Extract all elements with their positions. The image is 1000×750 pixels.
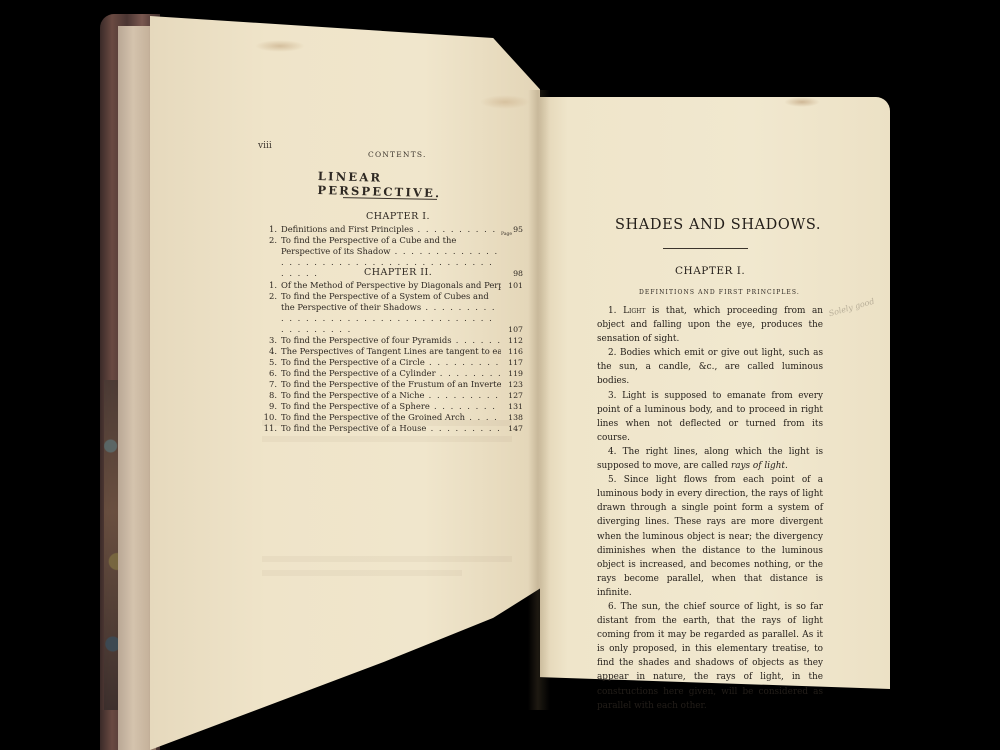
paragraph: 1. Light is that, which proceeding from …: [597, 304, 823, 346]
paragraph: 2. Bodies which emit or give out light, …: [597, 346, 823, 388]
book-gutter: [528, 90, 550, 710]
toc-entry: 7.To find the Perspective of the Frustum…: [261, 379, 523, 390]
toc-entry: 2.To find the Perspective of a System of…: [261, 291, 523, 335]
running-head: CONTENTS.: [368, 150, 427, 159]
page-stain: [255, 40, 305, 52]
section-title: LINEAR PERSPECTIVE.: [317, 169, 458, 201]
page-folio: viii: [258, 141, 272, 151]
toc-entry: 9.To find the Perspective of a Sphere131: [261, 401, 523, 412]
toc-entry: 10.To find the Perspective of the Groine…: [261, 412, 523, 423]
toc-entry: 8.To find the Perspective of a Niche127: [261, 390, 523, 401]
toc-entry: 11.To find the Perspective of a House147: [261, 423, 523, 434]
paragraph: 5. Since light flows from each point of …: [597, 473, 823, 600]
toc-entry: 5.To find the Perspective of a Circle117: [261, 357, 523, 368]
toc-entry: 4.The Perspectives of Tangent Lines are …: [261, 346, 523, 357]
toc-entry: 3.To find the Perspective of four Pyrami…: [261, 335, 523, 346]
chapter-heading: CHAPTER II.: [364, 267, 432, 278]
page-stain: [784, 97, 820, 107]
paragraph: 4. The right lines, along which the ligh…: [597, 445, 823, 473]
paragraph: 6. The sun, the chief source of light, i…: [597, 600, 823, 713]
chapter-heading: CHAPTER I.: [675, 265, 745, 277]
toc-chapter-2: 1.Of the Method of Perspective by Diagon…: [261, 280, 523, 434]
paragraph: 3. Light is supposed to emanate from eve…: [597, 389, 823, 445]
show-through: [262, 436, 512, 442]
book-photo: viii CONTENTS. LINEAR PERSPECTIVE. CHAPT…: [0, 0, 1000, 750]
page-stain: [480, 95, 530, 109]
show-through: [262, 556, 512, 562]
chapter-title: SHADES AND SHADOWS.: [615, 217, 821, 233]
title-rule: [663, 248, 748, 249]
show-through: [262, 570, 462, 576]
chapter-heading: CHAPTER I.: [366, 211, 430, 222]
toc-entry: 1. Definitions and First Principles 95: [261, 224, 523, 235]
toc-entry: 6.To find the Perspective of a Cylinder1…: [261, 368, 523, 379]
toc-entry: 1.Of the Method of Perspective by Diagon…: [261, 280, 523, 291]
section-subheading: DEFINITIONS AND FIRST PRINCIPLES.: [639, 289, 800, 296]
body-text: 1. Light is that, which proceeding from …: [597, 304, 823, 713]
